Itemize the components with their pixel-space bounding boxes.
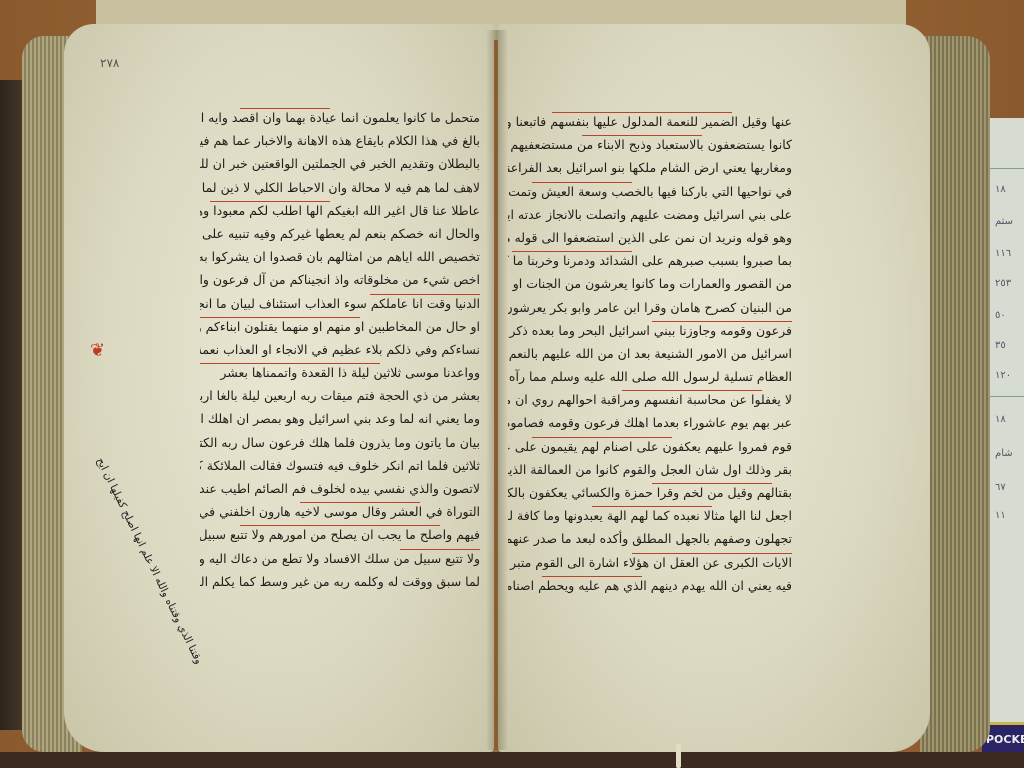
text-line: فيه يعني ان الله يهدم دينهم الذي هم عليه…	[508, 574, 792, 597]
text-line: من البنيان كصرح هامان وقرا ابن عامر وابو…	[508, 296, 792, 319]
text-line: الدنيا وقت انا عاملكم سوء العذاب استئناف…	[200, 292, 480, 315]
text-line: عنها وقيل الضمير للنعمة المدلول عليها بن…	[508, 110, 792, 133]
text-line: بما صبروا بسبب صبرهم على الشدائد ودمرنا …	[508, 249, 792, 272]
text-line: بالبطلان وتقديم الخبر في الجملتين الواقع…	[200, 152, 480, 175]
text-line: بقتالهم وقيل من لخم وقرا حمزة والكسائي ي…	[508, 481, 792, 504]
text-line: بالغ في هذا الكلام بايقاع هذه الاهانة وا…	[200, 129, 480, 152]
text-line: ثلاثين فلما اتم انكر خلوف فيه فتسوك فقال…	[200, 454, 480, 477]
right-text-block: عنها وقيل الضمير للنعمة المدلول عليها بن…	[508, 110, 792, 597]
margin-note: وقتنا الذي وقتناه والله الا علم انها اصل…	[93, 454, 205, 666]
card-note: ١٨	[995, 184, 1006, 195]
text-line: التوراة في العشر وقال موسى لاخيه هارون ا…	[200, 500, 480, 523]
text-line: العظام تسلية لرسول الله صلى الله عليه وس…	[508, 365, 792, 388]
text-line: وواعدنا موسى ثلاثين ليلة ذا القعدة واتمم…	[200, 361, 480, 384]
folio-number: ٢٧٨	[100, 56, 119, 70]
left-text-block: متحمل ما كانوا يعلمون انما عيادة بهما وا…	[200, 106, 480, 593]
left-page: ٢٧٨ ❦ وقتنا الذي وقتناه والله الا علم ان…	[64, 24, 494, 752]
text-line: قوم فمروا عليهم يعكفون على اصنام لهم يقي…	[508, 435, 792, 458]
card-note: ١٨	[995, 414, 1006, 425]
card-note: ٣٥	[995, 340, 1006, 351]
text-line: بقر وذلك اول شان العجل والقوم كانوا من ا…	[508, 458, 792, 481]
ornament-icon: ❦	[90, 340, 105, 361]
text-line: تجهلون وصفهم بالجهل المطلق وأكده لبعد ما…	[508, 527, 792, 550]
text-line: عبر بهم يوم عاشوراء بعدما اهلك فرعون وقو…	[508, 411, 792, 434]
card-note: ٢٥٣	[995, 278, 1011, 289]
text-line: بعشر من ذي الحجة فتم ميقات ربه اربعين لي…	[200, 384, 480, 407]
book-gutter	[486, 30, 508, 750]
text-line: ومغاربها يعني ارض الشام ملكها بنو اسرائي…	[508, 156, 792, 179]
card-note: ستم	[995, 216, 1013, 227]
text-line: من القصور والعمارات وما كانوا يعرشون من …	[508, 272, 792, 295]
text-line: متحمل ما كانوا يعلمون انما عيادة بهما وا…	[200, 106, 480, 129]
card-note: ١٢٠	[995, 370, 1011, 381]
card-note: ٦٧	[995, 482, 1006, 493]
card-note: ١١	[995, 510, 1006, 521]
text-line: في نواحيها التي باركنا فيها بالخصب وسعة …	[508, 180, 792, 203]
text-line: لا يغفلوا عن محاسبة انفسهم ومراقبة احوال…	[508, 388, 792, 411]
bottom-shelf	[0, 752, 1024, 768]
text-line: نساءكم وفي ذلكم بلاء عظيم في الانجاء او …	[200, 338, 480, 361]
text-line: فيهم واصلح ما يجب ان يصلح من امورهم ولا …	[200, 523, 480, 546]
text-line: على بني اسرائيل ومضت عليهم واتصلت بالانج…	[508, 203, 792, 226]
text-line: تخصيص الله اياهم من امثالهم بان قصدوا ان…	[200, 245, 480, 268]
text-line: كانوا يستضعفون بالاستعباد وذبح الابناء م…	[508, 133, 792, 156]
text-line: لاتصون والذي نفسي بيده لخلوف فم الصائم ا…	[200, 477, 480, 500]
text-line: اسرائيل من الامور الشنيعة بعد ان من الله…	[508, 342, 792, 365]
text-line: والحال انه خصكم بنعم لم يعطها غيركم وفيه…	[200, 222, 480, 245]
right-page: عنها وقيل الضمير للنعمة المدلول عليها بن…	[498, 24, 930, 752]
card-note: شام	[995, 448, 1013, 459]
text-line: وهو قوله ونريد ان نمن على الذين استضعفوا…	[508, 226, 792, 249]
text-line: لاهف لما هم فيه لا محالة وان الاحباط الك…	[200, 176, 480, 199]
text-line: لما سبق ووقت له وكلمه ربه من غير وسط كما…	[200, 570, 480, 593]
text-line: اجعل لنا الها مثالا نعبده كما لهم الهة ي…	[508, 504, 792, 527]
text-line: الايات الكبرى عن العقل ان هؤلاء اشارة ال…	[508, 551, 792, 574]
text-line: فرعون وقومه وجاوزنا ببني اسرائيل البحر و…	[508, 319, 792, 342]
text-line: عاطلا عنا قال اغير الله ابغيكم الها اطلب…	[200, 199, 480, 222]
bookmark-string	[676, 744, 681, 768]
card-note: ١١٦	[995, 248, 1011, 259]
text-line: بيان ما ياتون وما يذرون فلما هلك فرعون س…	[200, 431, 480, 454]
card-note: ٥٠	[995, 310, 1006, 321]
text-line: اخص شيء من مخلوقاته واذ انجيناكم من آل ف…	[200, 268, 480, 291]
text-line: وما يعني انه لما وعد بني اسرائيل وهو بمص…	[200, 407, 480, 430]
text-line: او حال من المخاطبين او منهم او منهما يقت…	[200, 315, 480, 338]
text-line: ولا تتبع سبيل من سلك الافساد ولا تطع من …	[200, 547, 480, 570]
page-edges-right	[920, 36, 990, 752]
